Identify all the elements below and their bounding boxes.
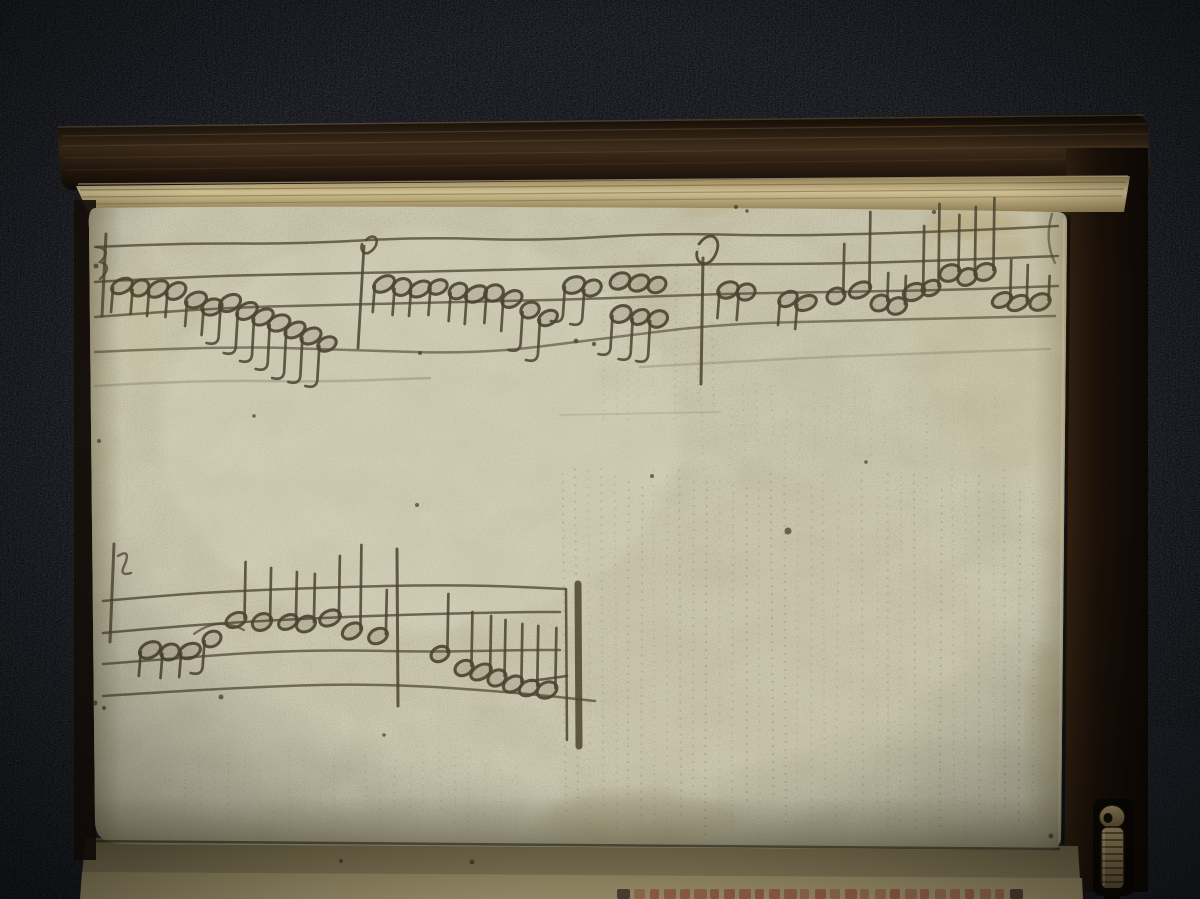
vignette [0, 0, 1200, 899]
sketchbook-art [0, 0, 1200, 899]
sketchbook-photograph [0, 0, 1200, 899]
